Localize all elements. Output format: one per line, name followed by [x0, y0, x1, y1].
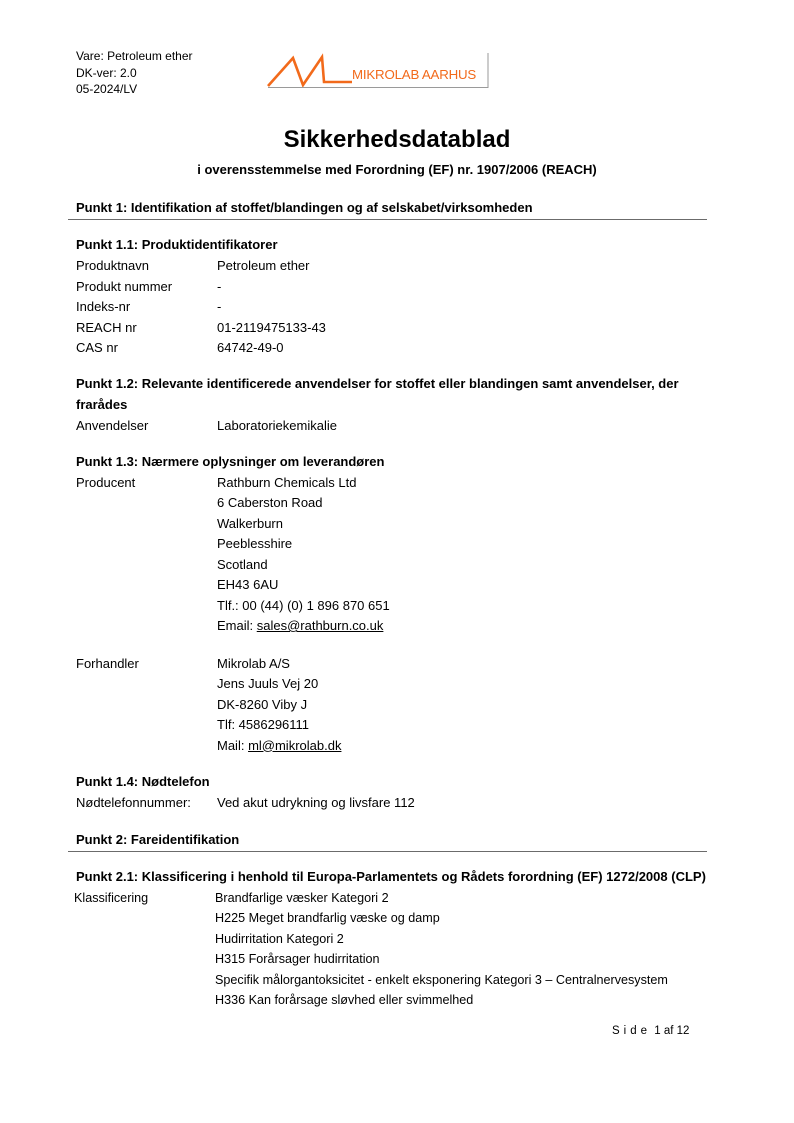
page-title: Sikkerhedsdatablad [0, 126, 794, 154]
product-name-row: Produktnavn Petroleum ether [76, 256, 310, 277]
field-label: CAS nr [76, 338, 217, 359]
reach-number-row: REACH nr 01-2119475133-43 [76, 318, 326, 339]
address-line: EH43 6AU [217, 575, 390, 596]
field-value: Laboratoriekemikalie [217, 416, 337, 437]
producer-address: Rathburn Chemicals Ltd 6 Caberston Road … [217, 473, 390, 637]
section-2-divider [68, 851, 707, 852]
address-line: Walkerburn [217, 514, 390, 535]
email-line: Mail: ml@mikrolab.dk [217, 736, 341, 757]
address-line: DK-8260 Viby J [217, 695, 341, 716]
classification-list: Brandfarlige væsker Kategori 2 H225 Mege… [215, 888, 668, 1012]
cas-number-row: CAS nr 64742-49-0 [76, 338, 284, 359]
field-label: REACH nr [76, 318, 217, 339]
field-value: Ved akut udrykning og livsfare 112 [217, 793, 415, 814]
page-count: 1 af 12 [654, 1025, 689, 1037]
classification-item: H225 Meget brandfarlig væske og damp [215, 908, 668, 929]
section-2-1-heading: Punkt 2.1: Klassificering i henhold til … [76, 867, 716, 888]
address-line: Peeblesshire [217, 534, 390, 555]
address-line: 6 Caberston Road [217, 493, 390, 514]
address-line: Jens Juuls Vej 20 [217, 674, 341, 695]
classification-item: H315 Forårsager hudirritation [215, 949, 668, 970]
dealer-email-link[interactable]: ml@mikrolab.dk [248, 738, 341, 753]
classification-item: H336 Kan forårsage sløvhed eller svimmel… [215, 990, 668, 1011]
classification-item: Specifik målorgantoksicitet - enkelt eks… [215, 970, 668, 991]
address-line: Mikrolab A/S [217, 654, 341, 675]
field-label: Indeks-nr [76, 297, 217, 318]
email-prefix: Email: [217, 618, 257, 633]
field-value: - [217, 277, 221, 298]
producer-email-link[interactable]: sales@rathburn.co.uk [257, 618, 384, 633]
classification-item: Hudirritation Kategori 2 [215, 929, 668, 950]
field-value: Petroleum ether [217, 256, 310, 277]
page-subtitle: i overensstemmelse med Forordning (EF) n… [0, 162, 794, 177]
classification-item: Brandfarlige væsker Kategori 2 [215, 888, 668, 909]
logo-text: MIKROLAB AARHUS [352, 67, 476, 82]
section-2-heading: Punkt 2: Fareidentifikation [76, 832, 239, 847]
classification-block: Klassificering Brandfarlige væsker Kateg… [74, 888, 668, 1012]
document-meta: Vare: Petroleum ether DK-ver: 2.0 05-202… [76, 48, 193, 98]
field-label: Klassificering [74, 888, 215, 1012]
emergency-phone-row: Nødtelefonnummer: Ved akut udrykning og … [76, 793, 415, 814]
address-line: Scotland [217, 555, 390, 576]
meta-version: DK-ver: 2.0 [76, 65, 193, 82]
page-number: Side 1 af 12 [612, 1025, 689, 1037]
section-1-divider [68, 219, 707, 220]
field-label: Forhandler [76, 654, 217, 757]
dealer-address: Mikrolab A/S Jens Juuls Vej 20 DK-8260 V… [217, 654, 341, 757]
email-line: Email: sales@rathburn.co.uk [217, 616, 390, 637]
phone-line: Tlf.: 00 (44) (0) 1 896 870 651 [217, 596, 390, 617]
meta-product: Vare: Petroleum ether [76, 48, 193, 65]
section-1-heading: Punkt 1: Identifikation af stoffet/bland… [76, 200, 533, 215]
field-value: 64742-49-0 [217, 338, 284, 359]
section-1-2-heading: Punkt 1.2: Relevante identificerede anve… [76, 374, 716, 415]
field-value: 01-2119475133-43 [217, 318, 326, 339]
document-page: Vare: Petroleum ether DK-ver: 2.0 05-202… [0, 0, 794, 1123]
uses-row: Anvendelser Laboratoriekemikalie [76, 416, 337, 437]
meta-date: 05-2024/LV [76, 81, 193, 98]
field-label: Producent [76, 473, 217, 637]
section-1-1-heading: Punkt 1.1: Produktidentifikatorer [76, 235, 716, 256]
field-label: Nødtelefonnummer: [76, 793, 217, 814]
phone-line: Tlf: 4586296111 [217, 715, 341, 736]
field-label: Anvendelser [76, 416, 217, 437]
index-number-row: Indeks-nr - [76, 297, 221, 318]
address-line: Rathburn Chemicals Ltd [217, 473, 390, 494]
section-1-4-heading: Punkt 1.4: Nødtelefon [76, 772, 716, 793]
mikrolab-logo: MIKROLAB AARHUS [266, 51, 490, 89]
product-number-row: Produkt nummer - [76, 277, 221, 298]
producer-block: Producent Rathburn Chemicals Ltd 6 Caber… [76, 473, 390, 637]
field-label: Produkt nummer [76, 277, 217, 298]
email-prefix: Mail: [217, 738, 248, 753]
field-value: - [217, 297, 221, 318]
dealer-block: Forhandler Mikrolab A/S Jens Juuls Vej 2… [76, 654, 341, 757]
page-label: Side [612, 1025, 651, 1037]
field-label: Produktnavn [76, 256, 217, 277]
section-1-3-heading: Punkt 1.3: Nærmere oplysninger om levera… [76, 452, 716, 473]
